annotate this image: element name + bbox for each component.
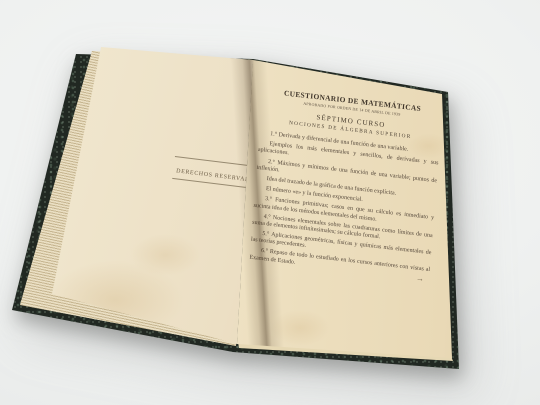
margin-mark: → [415,273,424,283]
printed-text-block: CUESTIONARIO DE MATEMÁTICAS APROBADO POR… [249,86,443,282]
photo-backdrop: DERECHOS RESERVADOS CUESTIONARIO DE MATE… [0,0,540,405]
